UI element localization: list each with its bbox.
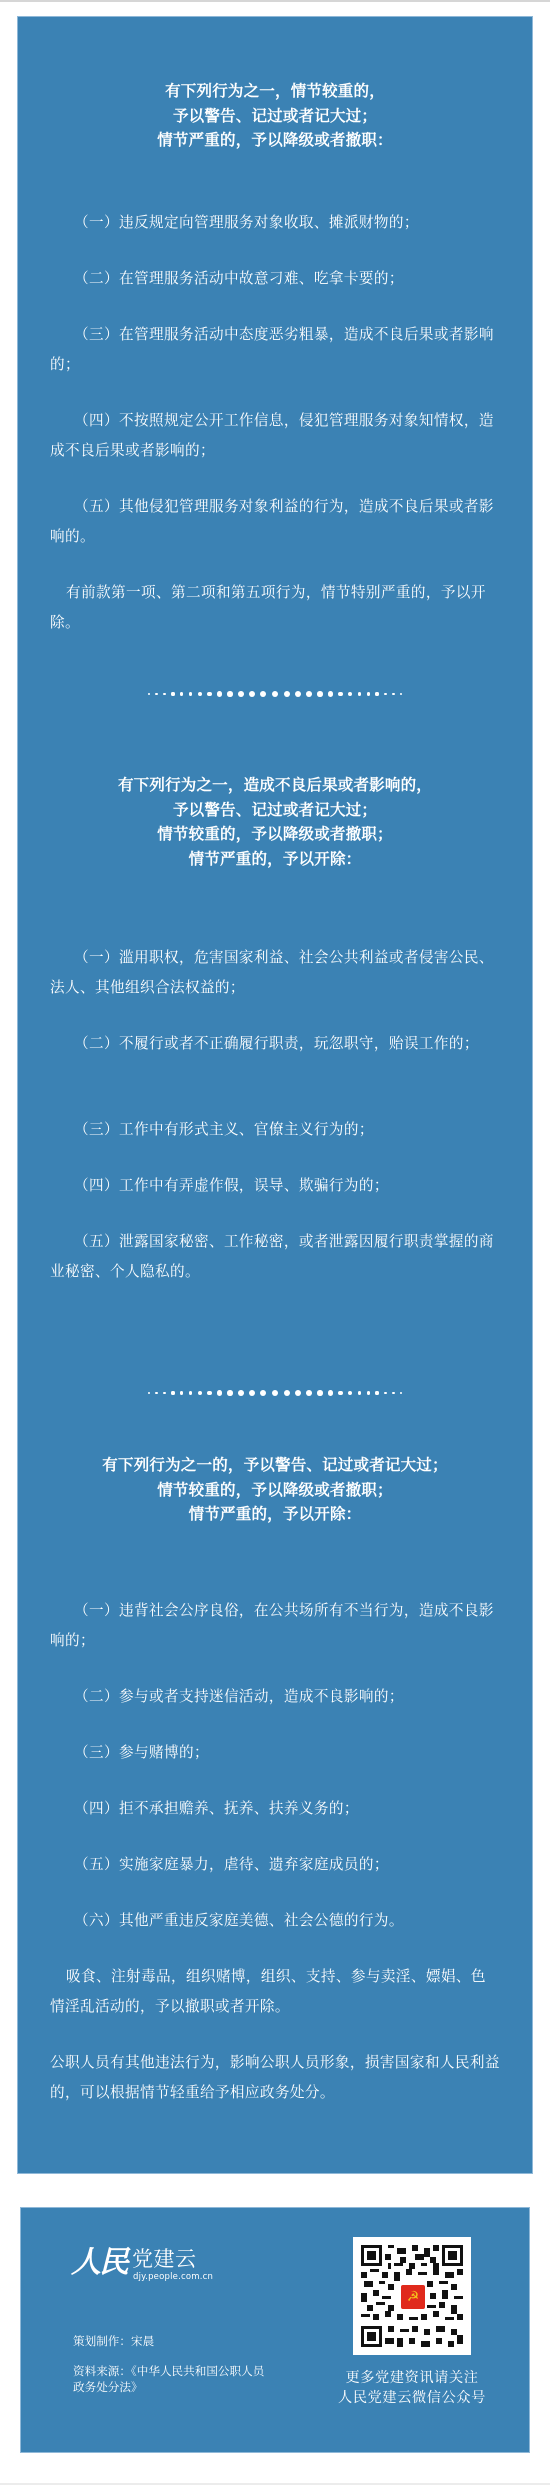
logo-url: djy.people.com.cn [133, 2272, 213, 2282]
divider-dot [155, 1392, 158, 1395]
divider-dot [358, 692, 362, 696]
heading-line: 情节严重的，予以开除： [18, 847, 532, 872]
divider-dot [295, 1390, 301, 1396]
divider-dot [155, 693, 158, 696]
divider-dot [249, 691, 255, 697]
divider-dot [367, 1391, 371, 1395]
divider-dot [163, 693, 166, 696]
section-2-heading: 有下列行为之一，造成不良后果或者影响的， 予以警告、记过或者记大过； 情节较重的… [18, 773, 532, 871]
divider-dot [238, 691, 244, 697]
logo-name: 党建云 [132, 2247, 197, 2271]
divider-dot [148, 693, 150, 695]
section-3-heading: 有下列行为之一的，予以警告、记过或者记大过； 情节较重的，予以降级或者撤职； 情… [18, 1453, 532, 1527]
heading-line: 情节严重的，予以降级或者撤职： [18, 128, 532, 153]
divider-dot [358, 1391, 362, 1395]
divider-dot [400, 693, 402, 695]
divider-dot [207, 692, 212, 697]
list-item: （二）参与或者支持迷信活动，造成不良影响的； [50, 1682, 500, 1712]
list-item: （一）滥用职权，危害国家利益、社会公共利益或者侵害公民、法人、其他组织合法权益的… [50, 943, 500, 1003]
divider-dot [189, 692, 193, 696]
divider-dot [348, 692, 352, 696]
divider-dot [375, 692, 378, 695]
dotted-divider [18, 1387, 532, 1399]
list-item: （一）违反规定向管理服务对象收取、摊派财物的； [50, 208, 500, 238]
list-item: （四）拒不承担赡养、抚养、扶养义务的； [50, 1794, 500, 1824]
section-note: 公职人员有其他违法行为，影响公职人员形象，损害国家和人民利益的，可以根据情节轻重… [50, 2048, 500, 2108]
heading-line: 情节较重的，予以降级或者撤职； [18, 822, 532, 847]
divider-dot [180, 1391, 184, 1395]
section-note: 有前款第一项、第二项和第五项行为，情节特别严重的，予以开除。 [50, 578, 500, 638]
main-content-panel: 有下列行为之一，情节较重的， 予以警告、记过或者记大过； 情节严重的，予以降级或… [18, 17, 532, 2173]
divider-dot [238, 1390, 244, 1396]
qr-code[interactable]: ☭ [353, 2237, 471, 2355]
list-item: （一）违背社会公序良俗，在公共场所有不当行为，造成不良影响的； [50, 1596, 500, 1656]
divider-dot [249, 1390, 255, 1396]
list-item: （五）实施家庭暴力，虐待、遗弃家庭成员的； [50, 1850, 500, 1880]
divider-dot [260, 691, 266, 697]
divider-dot [148, 1392, 150, 1394]
list-item: （二）不履行或者不正确履行职责，玩忽职守，贻误工作的； [50, 1029, 500, 1059]
heading-line: 有下列行为之一，情节较重的， [18, 79, 532, 104]
list-item: （二）在管理服务活动中故意刁难、吃拿卡要的； [50, 264, 500, 294]
heading-line: 予以警告、记过或者记大过； [18, 798, 532, 823]
section-1-heading: 有下列行为之一，情节较重的， 予以警告、记过或者记大过； 情节严重的，予以降级或… [18, 79, 532, 153]
divider-dot [180, 692, 184, 696]
divider-dot [328, 691, 333, 696]
dotted-divider [18, 688, 532, 700]
divider-dot [272, 691, 279, 698]
divider-dot [400, 1392, 402, 1394]
divider-dot [306, 1390, 312, 1396]
divider-dot [392, 693, 395, 696]
divider-dot [260, 1390, 266, 1396]
list-item: （三）在管理服务活动中态度恶劣粗暴，造成不良后果或者影响的； [50, 320, 500, 380]
heading-line: 有下列行为之一的，予以警告、记过或者记大过； [18, 1453, 532, 1478]
list-item: （五）泄露国家秘密、工作秘密，或者泄露因履行职责掌握的商业秘密、个人隐私的。 [50, 1227, 500, 1287]
party-emblem-icon: ☭ [400, 2284, 426, 2310]
divider-dot [348, 1391, 352, 1395]
divider-dot [317, 691, 322, 696]
divider-dot [171, 1391, 174, 1394]
divider-dot [328, 1390, 333, 1395]
divider-dot [227, 1390, 232, 1395]
divider-dot [217, 691, 222, 696]
divider-dot [163, 1392, 166, 1395]
divider-dot [217, 1390, 222, 1395]
heading-line: 予以警告、记过或者记大过； [18, 104, 532, 129]
divider-dot [317, 1390, 322, 1395]
divider-dot [198, 1391, 202, 1395]
heading-line: 情节较重的，予以降级或者撤职； [18, 1478, 532, 1503]
divider-dot [284, 1390, 290, 1396]
divider-dot [227, 691, 232, 696]
divider-dot [189, 1391, 193, 1395]
follow-line: 人民党建云微信公众号 [326, 2389, 498, 2409]
follow-prompt: 更多党建资讯请关注 人民党建云微信公众号 [326, 2369, 498, 2408]
list-item: （四）不按照规定公开工作信息，侵犯管理服务对象知情权，造成不良后果或者影响的； [50, 406, 500, 466]
divider-dot [367, 692, 371, 696]
divider-dot [338, 1391, 343, 1396]
section-note: 吸食、注射毒品，组织赌博，组织、支持、参与卖淫、嫖娼、色情淫乱活动的，予以撤职或… [50, 1962, 500, 2022]
divider-dot [392, 1392, 395, 1395]
list-item: （三）工作中有形式主义、官僚主义行为的； [50, 1115, 500, 1145]
producer-credit: 策划制作：宋晨 [73, 2333, 273, 2349]
divider-dot [384, 1392, 387, 1395]
heading-line: 情节严重的，予以开除： [18, 1502, 532, 1527]
credits: 策划制作：宋晨 资料来源：《中华人民共和国公职人员政务处分法》 [73, 2333, 273, 2395]
list-item: （四）工作中有弄虚作假，误导、欺骗行为的； [50, 1171, 500, 1201]
divider-dot [207, 1391, 212, 1396]
divider-dot [171, 692, 174, 695]
list-item: （六）其他严重违反家庭美德、社会公德的行为。 [50, 1906, 500, 1936]
divider-dot [384, 693, 387, 696]
divider-dot [306, 691, 312, 697]
divider-dot [284, 691, 290, 697]
divider-dot [272, 1390, 279, 1397]
source-credit: 资料来源：《中华人民共和国公职人员政务处分法》 [73, 2363, 273, 2395]
list-item: （五）其他侵犯管理服务对象利益的行为，造成不良后果或者影响的。 [50, 492, 500, 552]
divider-dot [375, 1391, 378, 1394]
logo-script: 人民 [71, 2244, 127, 2282]
divider-dot [295, 691, 301, 697]
divider-dot [338, 692, 343, 697]
people-party-cloud-logo[interactable]: 人民 党建云 djy.people.com.cn [71, 2244, 231, 2284]
follow-line: 更多党建资讯请关注 [326, 2369, 498, 2389]
list-item: （三）参与赌博的； [50, 1738, 500, 1768]
heading-line: 有下列行为之一，造成不良后果或者影响的， [18, 773, 532, 798]
top-rule [0, 0, 550, 2]
divider-dot [198, 692, 202, 696]
footer-panel: 人民 党建云 djy.people.com.cn 策划制作：宋晨 资料来源：《中… [21, 2208, 529, 2452]
